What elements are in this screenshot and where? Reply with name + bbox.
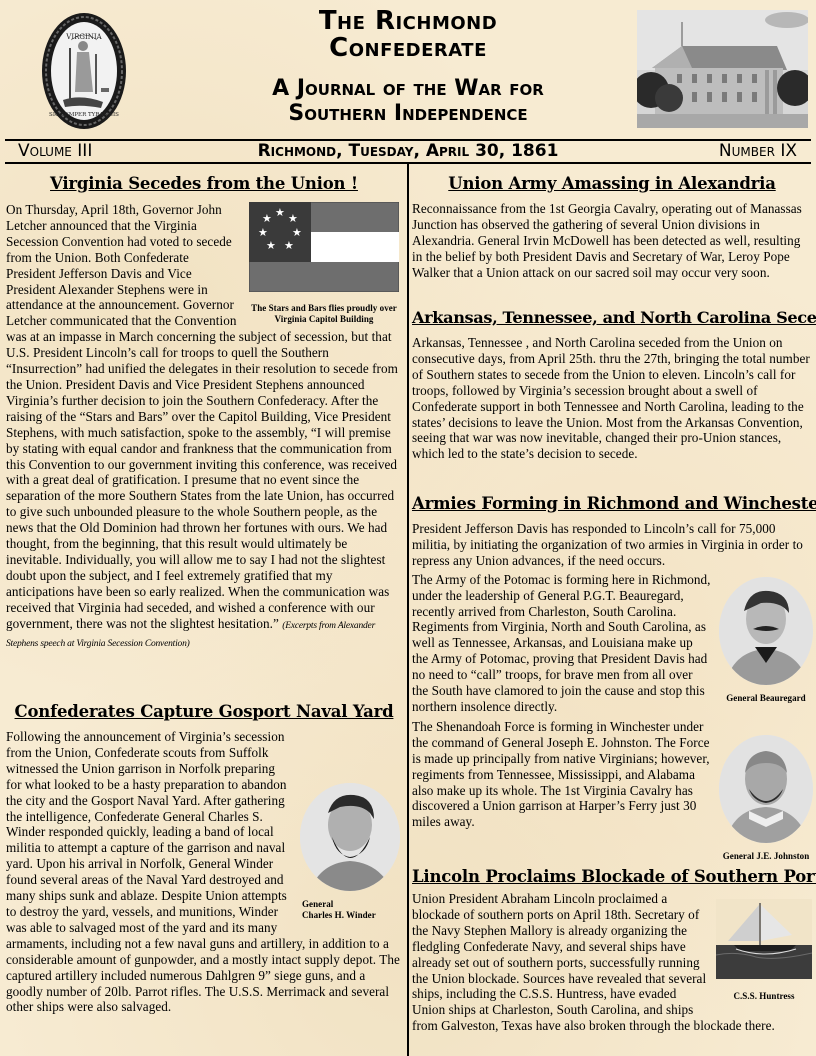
column-divider — [407, 164, 409, 1056]
flag-figure: ★ ★ ★ ★ ★ ★ ★ The Stars and Bars flies p… — [246, 202, 402, 325]
article-alexandria: Union Army Amassing in Alexandria Reconn… — [412, 174, 812, 281]
svg-text:★: ★ — [292, 226, 302, 239]
winder-caption-line-1: General — [302, 899, 406, 910]
winder-portrait-figure: General Charles H. Winder — [294, 783, 406, 921]
svg-text:SIC SEMPER TYRANNIS: SIC SEMPER TYRANNIS — [49, 112, 119, 118]
svg-text:★: ★ — [284, 239, 294, 252]
article-headline: Lincoln Proclaims Blockade of Southern P… — [412, 867, 812, 887]
svg-text:★: ★ — [266, 239, 276, 252]
article-armies: Armies Forming in Richmond and Wincheste… — [412, 494, 812, 866]
css-huntress-ship-image — [716, 899, 812, 979]
article-headline: Armies Forming in Richmond and Wincheste… — [412, 494, 812, 514]
armies-intro: President Jefferson Davis has responded … — [412, 521, 812, 569]
beauregard-portrait-figure: General Beauregard — [716, 577, 816, 704]
article-gosport: Confederates Capture Gosport Naval Yard … — [6, 702, 402, 1015]
article-virginia-secedes: Virginia Secedes from the Union ! ★ ★ ★ … — [6, 174, 402, 653]
johnston-portrait-image — [719, 735, 813, 843]
article-headline: Virginia Secedes from the Union ! — [6, 174, 402, 194]
huntress-figure: C.S.S. Huntress — [712, 899, 816, 1002]
capitol-building-image — [637, 10, 808, 128]
virginia-seal-image: VIRGINIA SIC SEMPER TYRANNIS — [41, 12, 127, 130]
article-headline: Arkansas, Tennessee, and North Carolina … — [412, 308, 812, 328]
issue-date: Richmond, Tuesday, April 30, 1861 — [5, 141, 811, 161]
newspaper-subtitle-line-2: Southern Independence — [180, 101, 636, 126]
svg-text:★: ★ — [258, 226, 268, 239]
johnston-portrait-figure: General J.E. Johnston — [716, 735, 816, 862]
newspaper-subtitle-line-1: A Journal of the War for — [180, 76, 636, 101]
article-headline: Confederates Capture Gosport Naval Yard — [6, 702, 402, 722]
article-body: Reconnaissance from the 1st Georgia Cava… — [412, 201, 812, 281]
left-column: Virginia Secedes from the Union ! ★ ★ ★ … — [6, 164, 402, 653]
article-body: Arkansas, Tennessee , and North Carolina… — [412, 335, 812, 462]
article-blockade: Lincoln Proclaims Blockade of Southern P… — [412, 867, 812, 1034]
issue-number: Number IX — [719, 141, 797, 161]
newspaper-title-line-2: Confederate — [180, 35, 636, 62]
svg-text:VIRGINIA: VIRGINIA — [65, 33, 102, 41]
masthead: VIRGINIA SIC SEMPER TYRANNIS The Richmon… — [0, 0, 816, 140]
svg-text:★: ★ — [262, 212, 272, 225]
beauregard-caption: General Beauregard — [716, 693, 816, 704]
newspaper-title-line-1: The Richmond — [180, 8, 636, 35]
right-column: Union Army Amassing in Alexandria Reconn… — [412, 164, 812, 281]
winder-portrait-image — [300, 783, 400, 891]
svg-text:★: ★ — [275, 206, 285, 219]
article-states-secede: Arkansas, Tennessee, and North Carolina … — [412, 308, 812, 462]
stars-and-bars-flag-icon: ★ ★ ★ ★ ★ ★ ★ — [249, 202, 399, 292]
dateline: Volume III Richmond, Tuesday, April 30, … — [5, 141, 811, 163]
beauregard-portrait-image — [719, 577, 813, 685]
johnston-caption: General J.E. Johnston — [716, 851, 816, 862]
winder-caption-line-2: Charles H. Winder — [302, 910, 406, 921]
masthead-title-block: The Richmond Confederate A Journal of th… — [180, 8, 636, 126]
svg-text:★: ★ — [288, 212, 298, 225]
flag-caption: The Stars and Bars flies proudly over Vi… — [246, 303, 402, 325]
huntress-caption: C.S.S. Huntress — [712, 991, 816, 1002]
article-headline: Union Army Amassing in Alexandria — [412, 174, 812, 194]
